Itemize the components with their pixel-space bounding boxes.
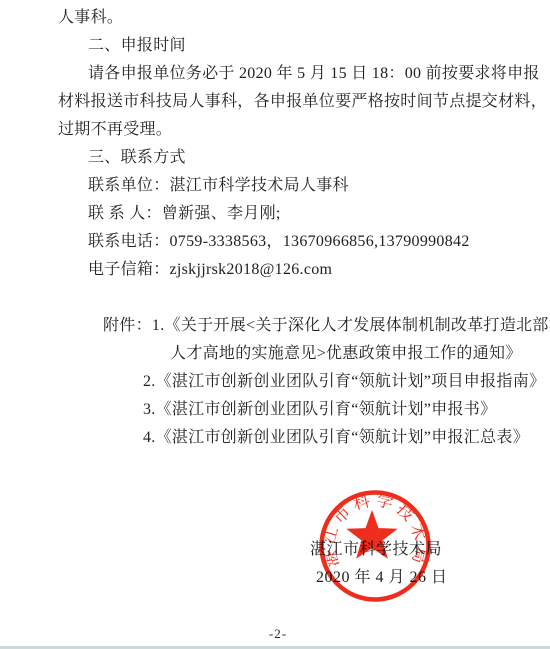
contact-phone-line: 联系电话：0759-3338563，13670966856,1379099084… bbox=[58, 228, 520, 256]
section-heading: 三、联系方式 bbox=[58, 144, 520, 172]
body-line: 请各申报单位务必于 2020 年 5 月 15 日 18：00 前按要求将申报 bbox=[58, 60, 520, 88]
attachment-item: 3.《湛江市创新创业团队引育“领航计划”申报书》 bbox=[58, 396, 520, 424]
issuing-agency: 湛江市科学技术局 bbox=[310, 536, 448, 564]
attachment-item: 4.《湛江市创新创业团队引育“领航计划”申报汇总表》 bbox=[58, 424, 520, 452]
signature-block: 湛江市科学技术局 2020 年 4 月 26 日 bbox=[310, 536, 448, 592]
attachments-line-1-cont: 人才高地的实施意见>优惠政策申报工作的通知》 bbox=[58, 340, 520, 368]
body-line: 人事科。 bbox=[58, 4, 520, 32]
attachment-item: 2.《湛江市创新创业团队引育“领航计划”项目申报指南》 bbox=[58, 368, 520, 396]
issue-date: 2020 年 4 月 26 日 bbox=[310, 564, 448, 592]
contact-person-line: 联 系 人：曾新强、李月刚; bbox=[58, 200, 520, 228]
page-number: -2- bbox=[0, 626, 550, 642]
section-heading: 二、申报时间 bbox=[58, 32, 520, 60]
contact-unit-line: 联系单位：湛江市科学技术局人事科 bbox=[58, 172, 520, 200]
attachments-line-1: 附件：1.《关于开展<关于深化人才发展体制机制改革打造北部湾 bbox=[58, 312, 520, 340]
document-page: 人事科。 二、申报时间 请各申报单位务必于 2020 年 5 月 15 日 18… bbox=[0, 0, 550, 649]
body-line: 过期不再受理。 bbox=[58, 116, 520, 144]
contact-email-line: 电子信箱：zjskjjrsk2018@126.com bbox=[58, 256, 520, 284]
body-line: 材料报送市科技局人事科，各申报单位要严格按时间节点提交材料， bbox=[58, 88, 520, 116]
document-body: 人事科。 二、申报时间 请各申报单位务必于 2020 年 5 月 15 日 18… bbox=[58, 4, 520, 452]
blank-line bbox=[58, 284, 520, 312]
